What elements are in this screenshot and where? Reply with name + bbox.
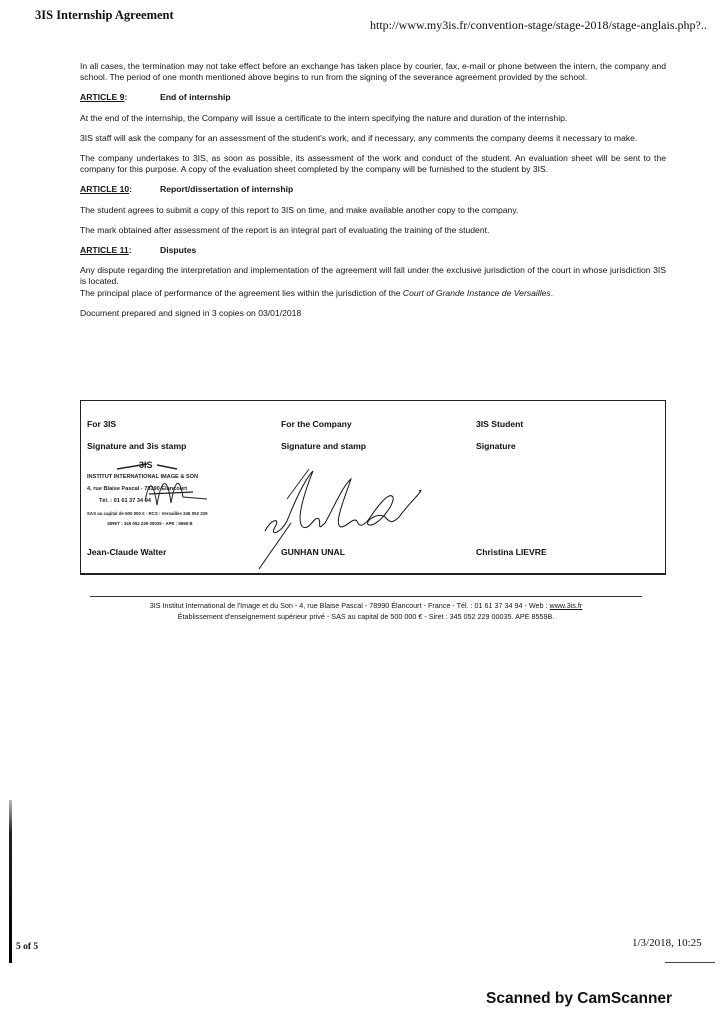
article-title: Report/dissertation of internship	[160, 184, 293, 195]
page-edge-bar	[9, 800, 12, 963]
school-stamp: 3IS INSTITUT INTERNATIONAL IMAGE & SON 4…	[87, 461, 257, 541]
stamp-line: Tél. : 01 61 37 34 94	[99, 497, 151, 506]
article-number: ARTICLE 10:	[80, 184, 160, 195]
stamp-line: SAS au capital de 500 000 € - RCS : Vers…	[87, 509, 208, 518]
article-number: ARTICLE 9:	[80, 92, 160, 103]
signature-label: Signature	[476, 441, 523, 452]
website-link[interactable]: www.3is.fr	[550, 601, 583, 610]
article-10-paragraph: The student agrees to submit a copy of t…	[80, 205, 666, 216]
article-11-heading: ARTICLE 11: Disputes	[80, 245, 666, 256]
signature-box: For 3IS Signature and 3is stamp For the …	[80, 400, 666, 575]
signature-column-company: For the Company Signature and stamp	[281, 419, 366, 452]
article-10-paragraph: The mark obtained after assessment of th…	[80, 225, 666, 236]
signed-line: Document prepared and signed in 3 copies…	[80, 308, 666, 319]
article-9-paragraph: At the end of the internship, the Compan…	[80, 113, 666, 124]
signatory-name: Christina LIEVRE	[476, 547, 547, 557]
article-title: End of internship	[160, 92, 231, 103]
article-number: ARTICLE 11:	[80, 245, 160, 256]
school-footer: 3IS Institut International de l'Image et…	[90, 600, 642, 622]
article-9-paragraph: 3IS staff will ask the company for an as…	[80, 133, 666, 144]
agreement-body: In all cases, the termination may not ta…	[80, 61, 666, 328]
signature-label: Signature and 3is stamp	[87, 441, 186, 452]
stamp-line: SIRET : 345 052 229 00035 - APE : 8559 B	[107, 519, 193, 528]
jurisdiction-statement: The principal place of performance of th…	[80, 288, 666, 299]
signatory-role: For the Company	[281, 419, 366, 430]
termination-paragraph: In all cases, the termination may not ta…	[80, 61, 666, 83]
signature-label: Signature and stamp	[281, 441, 366, 452]
stamp-logo: 3IS	[139, 461, 153, 470]
signatory-role: For 3IS	[87, 419, 186, 430]
signature-column-student: 3IS Student Signature	[476, 419, 523, 452]
print-datetime: 1/3/2018, 10:25	[632, 937, 702, 949]
article-title: Disputes	[160, 245, 196, 256]
page-header-title: 3IS Internship Agreement	[35, 8, 174, 23]
article-10-heading: ARTICLE 10: Report/dissertation of inter…	[80, 184, 666, 195]
footer-line-2: Établissement d'enseignement supérieur p…	[90, 611, 642, 622]
signatory-name: Jean-Claude Walter	[87, 547, 166, 557]
signatory-role: 3IS Student	[476, 419, 523, 430]
signatory-name: GUNHAN UNAL	[281, 547, 345, 557]
stamp-line: INSTITUT INTERNATIONAL IMAGE & SON	[87, 473, 198, 482]
stamp-line: 4, rue Blaise Pascal - 78190 Elancourt	[87, 485, 187, 494]
page-number: 5 of 5	[16, 942, 38, 952]
signature-column-3is: For 3IS Signature and 3is stamp	[87, 419, 186, 452]
footer-line-1: 3IS Institut International de l'Image et…	[90, 600, 642, 611]
scanner-watermark: Scanned by CamScanner	[486, 990, 672, 1008]
footer-divider	[90, 596, 642, 597]
article-11-paragraph: Any dispute regarding the interpretation…	[80, 265, 666, 287]
bottom-divider	[665, 962, 715, 963]
page-header-url: http://www.my3is.fr/convention-stage/sta…	[370, 18, 707, 33]
article-9-heading: ARTICLE 9: End of internship	[80, 92, 666, 103]
article-9-paragraph: The company undertakes to 3IS, as soon a…	[80, 153, 666, 175]
